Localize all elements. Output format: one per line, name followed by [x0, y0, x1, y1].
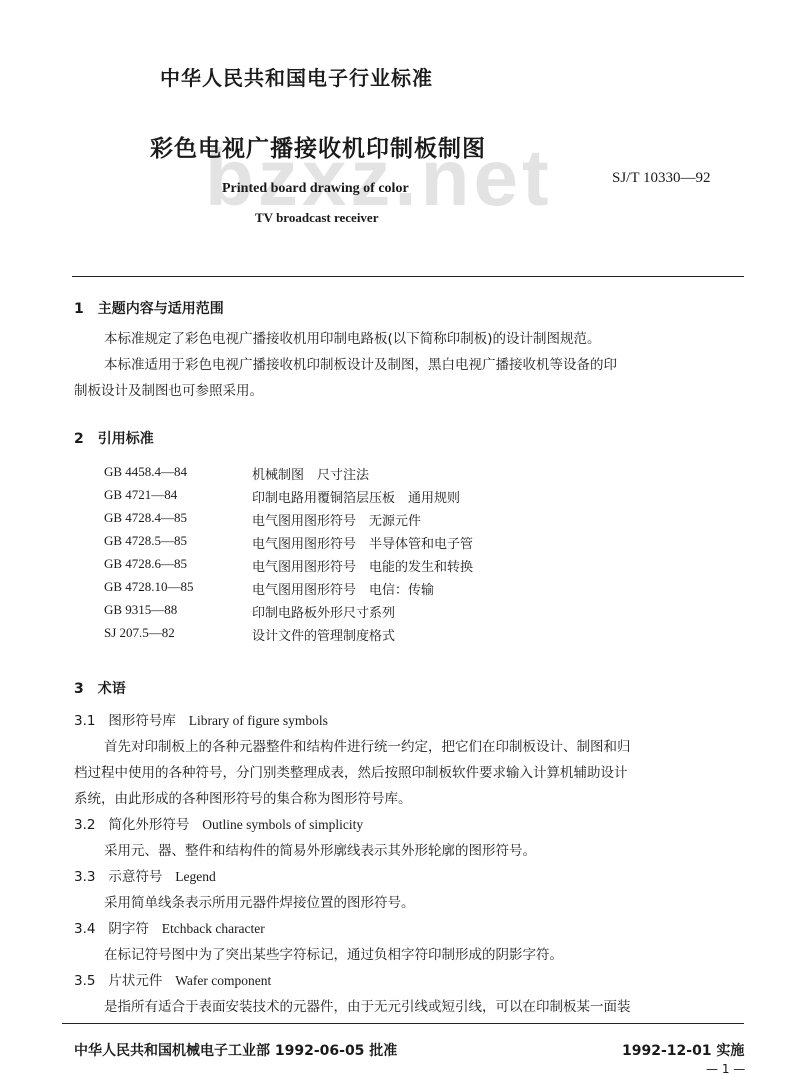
reference-code: GB 4728.6—85	[104, 556, 187, 572]
term-cn: 片状元件	[108, 973, 162, 989]
term-en: Etchback character	[162, 921, 265, 936]
term-3-4-heading: 3.4 阴字符 Etchback character	[74, 916, 265, 942]
approval-statement: 中华人民共和国机械电子工业部 1992-06-05 批准	[74, 1040, 397, 1060]
term-3-2-heading: 3.2 简化外形符号 Outline symbols of simplicity	[74, 812, 363, 838]
issuing-organization: 中华人民共和国电子行业标准	[160, 62, 433, 91]
term-cn: 示意符号	[108, 869, 162, 885]
header-divider	[72, 276, 744, 277]
reference-code: GB 4728.4—85	[104, 510, 187, 526]
reference-title: 设计文件的管理制度格式	[252, 625, 395, 644]
section-3-heading: 3 术语	[74, 678, 126, 698]
term-cn: 图形符号库	[108, 713, 176, 729]
term-3-1-line-2: 档过程中使用的各种符号，分门别类整理成表，然后按照印制板软件要求输入计算机辅助设…	[74, 760, 628, 786]
reference-code: GB 4728.10—85	[104, 579, 194, 595]
footer-divider	[62, 1023, 744, 1024]
reference-title: 机械制图 尺寸注法	[252, 464, 369, 483]
term-3-3-line-1: 采用简单线条表示所用元器件焊接位置的图形符号。	[104, 890, 415, 916]
document-title-cn: 彩色电视广播接收机印制板制图	[150, 130, 486, 163]
reference-code: GB 9315—88	[104, 602, 177, 618]
implementation-date: 1992-12-01 实施	[622, 1040, 744, 1060]
reference-code: GB 4721—84	[104, 487, 177, 503]
term-3-1-line-3: 系统，由此形成的各种图形符号的集合称为图形符号库。	[74, 786, 412, 812]
reference-title: 印制电路用覆铜箔层压板 通用规则	[252, 487, 460, 506]
term-3-2-line-1: 采用元、器、整件和结构件的简易外形廓线表示其外形轮廓的图形符号。	[104, 838, 536, 864]
document-title-en-line2: TV broadcast receiver	[255, 210, 378, 226]
term-cn: 阴字符	[108, 921, 149, 937]
standard-code: SJ/T 10330—92	[612, 170, 711, 187]
term-3-4-line-1: 在标记符号图中为了突出某些字符标记，通过负相字符印制形成的阴影字符。	[104, 942, 563, 968]
page-number: — 1 —	[706, 1062, 745, 1075]
term-number: 3.1	[74, 713, 95, 729]
term-number: 3.5	[74, 973, 95, 989]
reference-title: 印制电路板外形尺寸系列	[252, 602, 395, 621]
reference-title: 电气图用图形符号 半导体管和电子管	[252, 533, 473, 552]
section-1-heading: 1 主题内容与适用范围	[74, 298, 224, 318]
term-number: 3.4	[74, 921, 95, 937]
term-en: Wafer component	[175, 973, 271, 988]
reference-code: SJ 207.5—82	[104, 625, 175, 641]
reference-code: GB 4728.5—85	[104, 533, 187, 549]
term-number: 3.3	[74, 869, 95, 885]
document-title-en-line1: Printed board drawing of color	[222, 181, 409, 197]
term-number: 3.2	[74, 817, 95, 833]
section-1-para-1: 本标准规定了彩色电视广播接收机用印制电路板(以下简称印制板)的设计制图规范。	[104, 326, 601, 352]
term-3-5-line-1: 是指所有适合于表面安装技术的元器件，由于无元引线或短引线，可以在印制板某一面装	[104, 994, 631, 1020]
term-en: Outline symbols of simplicity	[202, 817, 363, 832]
reference-title: 电气图用图形符号 电信：传输	[252, 579, 434, 598]
term-3-1-heading: 3.1 图形符号库 Library of figure symbols	[74, 708, 328, 734]
reference-title: 电气图用图形符号 电能的发生和转换	[252, 556, 473, 575]
term-3-1-line-1: 首先对印制板上的各种元器整件和结构件进行统一约定，把它们在印制板设计、制图和归	[104, 734, 631, 760]
term-cn: 简化外形符号	[108, 817, 189, 833]
term-en: Library of figure symbols	[189, 713, 328, 728]
term-en: Legend	[175, 869, 215, 884]
term-3-3-heading: 3.3 示意符号 Legend	[74, 864, 216, 890]
reference-code: GB 4458.4—84	[104, 464, 187, 480]
section-1-para-2-line-1: 本标准适用于彩色电视广播接收机印制板设计及制图，黑白电视广播接收机等设备的印	[104, 352, 617, 378]
section-2-heading: 2 引用标准	[74, 428, 154, 448]
reference-title: 电气图用图形符号 无源元件	[252, 510, 421, 529]
section-1-para-2-line-2: 制板设计及制图也可参照采用。	[74, 378, 263, 404]
term-3-5-heading: 3.5 片状元件 Wafer component	[74, 968, 271, 994]
